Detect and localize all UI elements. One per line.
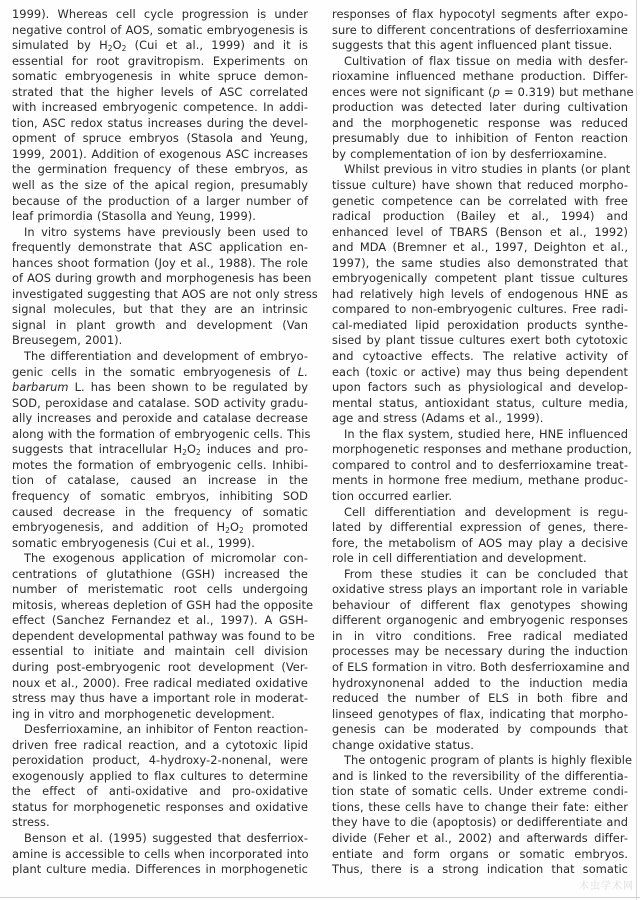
text-line: barbarum L. has been shown to be regulat… bbox=[12, 380, 308, 396]
text-line: In vitro systems have previously been us… bbox=[12, 225, 308, 241]
text-line: tions, these cells have to change their … bbox=[332, 800, 628, 816]
text-line: Cell differentiation and development is … bbox=[332, 505, 628, 521]
text-line: effect (Sanchez Fernandez et al., 1997).… bbox=[12, 613, 308, 629]
text-line: with increased embryogenic competence. I… bbox=[12, 100, 308, 116]
text-line: Whilst previous in vitro studies in plan… bbox=[332, 162, 628, 178]
text-line: age and stress (Adams et al., 1999). bbox=[332, 411, 628, 427]
text-line: along with the formation of embryogenic … bbox=[12, 427, 308, 443]
text-line: had relatively high levels of endogenous… bbox=[332, 287, 628, 303]
text-line: stress. bbox=[12, 815, 308, 831]
text-line: ments in hormone free medium, methane pr… bbox=[332, 473, 628, 489]
text-line: investigated suggesting that AOS are not… bbox=[12, 287, 308, 303]
text-line: behaviour of different flax genotypes sh… bbox=[332, 598, 628, 614]
text-line: tissue culture) have shown that reduced … bbox=[332, 178, 628, 194]
text-line: dependent developmental pathway was foun… bbox=[12, 629, 308, 645]
text-line: SOD, peroxidase and catalase. SOD activi… bbox=[12, 396, 308, 412]
text-line: Breusegem, 2001). bbox=[12, 333, 308, 349]
text-line: essential for root gravitropism. Experim… bbox=[12, 54, 308, 70]
paper-page: 1999). Whereas cell cycle progression is… bbox=[0, 0, 640, 900]
text-line: somatic embryogenesis in white spruce de… bbox=[12, 69, 308, 85]
text-line: somatic embryogenesis (Cui et al., 1999)… bbox=[12, 536, 308, 552]
text-line: The ontogenic program of plants is highl… bbox=[332, 753, 628, 769]
text-line: responses of flax hypocotyl segments aft… bbox=[332, 7, 628, 23]
text-line: because of the production of a larger nu… bbox=[12, 194, 308, 210]
text-line: Desferrioxamine, an inhibitor of Fenton … bbox=[12, 722, 308, 738]
text-line: production was detected later during cul… bbox=[332, 100, 628, 116]
text-line: suggests that intracellular H2O2 induces… bbox=[12, 442, 308, 458]
text-line: radical production (Bailey et al., 1994)… bbox=[332, 209, 628, 225]
text-line: upon factors such as physiological and d… bbox=[332, 380, 628, 396]
text-line: divide (Feher et al., 2002) and afterwar… bbox=[332, 831, 628, 847]
text-line: presumably due to inhibition of Fenton r… bbox=[332, 131, 628, 147]
text-line: Thus, there is a strong indication that … bbox=[332, 862, 628, 878]
text-line: sised by plant tissue cultures exert bot… bbox=[332, 333, 628, 349]
text-line: processes may be necessary during the in… bbox=[332, 644, 628, 660]
text-line: hydroxynonenal added to the induction me… bbox=[332, 676, 628, 692]
text-line: amine is accessible to cells when incorp… bbox=[12, 847, 308, 863]
text-line: frequently demonstrate that ASC applicat… bbox=[12, 240, 308, 256]
text-line: noux et al., 2000). Free radical mediate… bbox=[12, 676, 308, 692]
right-text-column: responses of flax hypocotyl segments aft… bbox=[332, 7, 628, 878]
text-line: each (toxic or active) may thus being de… bbox=[332, 365, 628, 381]
text-line: plant culture media. Differences in morp… bbox=[12, 862, 308, 878]
text-line: they have to die (apoptosis) or dediffer… bbox=[332, 815, 628, 831]
text-line: tion state of somatic cells. Under extre… bbox=[332, 784, 628, 800]
text-line: different organogenic and embryogenic re… bbox=[332, 613, 628, 629]
text-line: genesis can be moderated by compounds th… bbox=[332, 722, 628, 738]
text-line: morphogenetic responses and methane prod… bbox=[332, 442, 628, 458]
text-line: the effect of anti-oxidative and pro-oxi… bbox=[12, 784, 308, 800]
text-line: enhanced level of TBARS (Benson et al., … bbox=[332, 225, 628, 241]
text-line: tion, ASC redox status increases during … bbox=[12, 116, 308, 132]
text-line: of AOS during growth and morphogenesis h… bbox=[12, 271, 308, 287]
text-line: opment of spruce embryos (Stasola and Ye… bbox=[12, 131, 308, 147]
text-line: 1997), the same studies also demonstrate… bbox=[332, 256, 628, 272]
text-line: tion occurred earlier. bbox=[332, 489, 628, 505]
text-line: peroxidation product, 4-hydroxy-2-nonena… bbox=[12, 753, 308, 769]
text-line: compared to control and to desferrioxami… bbox=[332, 458, 628, 474]
text-line: cal-mediated lipid peroxidation products… bbox=[332, 318, 628, 334]
text-line: ally increases and peroxide and catalase… bbox=[12, 411, 308, 427]
text-line: linseed genotypes of flax, indicating th… bbox=[332, 707, 628, 723]
text-line: 1999, 2001). Addition of exogenous ASC i… bbox=[12, 147, 308, 163]
text-line: sure to different concentrations of desf… bbox=[332, 23, 628, 39]
text-line: exogenously applied to flax cultures to … bbox=[12, 769, 308, 785]
text-line: simulated by H2O2 (Cui et al., 1999) and… bbox=[12, 38, 308, 54]
text-line: stress may thus have a important role in… bbox=[12, 691, 308, 707]
text-line: during post-embryogenic root development… bbox=[12, 660, 308, 676]
text-line: driven free radical reaction, and a cyto… bbox=[12, 738, 308, 754]
text-line: mitosis, whereas depletion of GSH had th… bbox=[12, 598, 308, 614]
text-line: compared to non-embryogenic cultures. Fr… bbox=[332, 302, 628, 318]
text-line: and is linked to the reversibility of th… bbox=[332, 769, 628, 785]
text-line: fore, the metabolism of AOS may play a d… bbox=[332, 536, 628, 552]
text-line: number of meristematic root cells underg… bbox=[12, 582, 308, 598]
text-line: embryogenesis, and addition of H2O2 prom… bbox=[12, 520, 308, 536]
left-text-column: 1999). Whereas cell cycle progression is… bbox=[12, 7, 308, 878]
text-line: by complementation of ion by desferrioxa… bbox=[332, 147, 628, 163]
text-line: ing in vitro and morphogenetic developme… bbox=[12, 707, 308, 723]
text-line: and the morphogenetic response was reduc… bbox=[332, 116, 628, 132]
text-line: negative control of AOS, somatic embryog… bbox=[12, 23, 308, 39]
text-line: From these studies it can be concluded t… bbox=[332, 567, 628, 583]
page-bottom-border bbox=[0, 897, 640, 898]
text-line: 1999). Whereas cell cycle progression is… bbox=[12, 7, 308, 23]
watermark: 木虫学术网 bbox=[579, 877, 634, 892]
text-line: centrations of glutathione (GSH) increas… bbox=[12, 567, 308, 583]
text-line: tion of catalase, caused an increase in … bbox=[12, 473, 308, 489]
text-line: of ELS formation in vitro. Both desferri… bbox=[332, 660, 628, 676]
text-line: entiate and form organs or somatic embry… bbox=[332, 847, 628, 863]
text-line: Cultivation of flax tissue on media with… bbox=[332, 54, 628, 70]
text-line: The differentiation and development of e… bbox=[12, 349, 308, 365]
text-line: motes the formation of embryogenic cells… bbox=[12, 458, 308, 474]
text-line: frequency of somatic embryos, inhibiting… bbox=[12, 489, 308, 505]
text-line: signal in plant growth and development (… bbox=[12, 318, 308, 334]
text-line: essential to initiate and maintain cell … bbox=[12, 644, 308, 660]
text-line: mental status, antioxidant status, cultu… bbox=[332, 396, 628, 412]
text-line: rioxamine influenced methane production.… bbox=[332, 69, 628, 85]
text-line: Benson et al. (1995) suggested that desf… bbox=[12, 831, 308, 847]
text-line: genetic competence can be correlated wit… bbox=[332, 194, 628, 210]
text-line: hances shoot formation (Joy et al., 1988… bbox=[12, 256, 308, 272]
text-line: oxidative stress plays an important role… bbox=[332, 582, 628, 598]
text-line: role in cell differentiation and develop… bbox=[332, 551, 628, 567]
text-line: in in vitro conditions. Free radical med… bbox=[332, 629, 628, 645]
text-line: and cytoactive effects. The relative act… bbox=[332, 349, 628, 365]
text-line: change oxidative status. bbox=[332, 738, 628, 754]
text-line: strated that the higher levels of ASC co… bbox=[12, 85, 308, 101]
text-line: signal molecules, but that they are an i… bbox=[12, 302, 308, 318]
text-line: and MDA (Bremner et al., 1997, Deighton … bbox=[332, 240, 628, 256]
text-line: suggests that this agent influenced plan… bbox=[332, 38, 628, 54]
page-right-border bbox=[636, 0, 637, 900]
text-line: status for morphogenetic responses and o… bbox=[12, 800, 308, 816]
text-line: the germination frequency of these embry… bbox=[12, 162, 308, 178]
text-line: lated by differential expression of gene… bbox=[332, 520, 628, 536]
text-line: ences were not significant (p = 0.319) b… bbox=[332, 85, 628, 101]
text-line: well as the size of the apical region, p… bbox=[12, 178, 308, 194]
text-line: The exogenous application of micromolar … bbox=[12, 551, 308, 567]
text-line: genic cells in the somatic embryogenesis… bbox=[12, 365, 308, 381]
text-line: In the flax system, studied here, HNE in… bbox=[332, 427, 628, 443]
text-line: reduced the number of ELS in both fibre … bbox=[332, 691, 628, 707]
text-line: embryogenically competent plant tissue c… bbox=[332, 271, 628, 287]
text-line: caused decrease in the frequency of soma… bbox=[12, 505, 308, 521]
text-line: leaf primordia (Stasolla and Yeung, 1999… bbox=[12, 209, 308, 225]
